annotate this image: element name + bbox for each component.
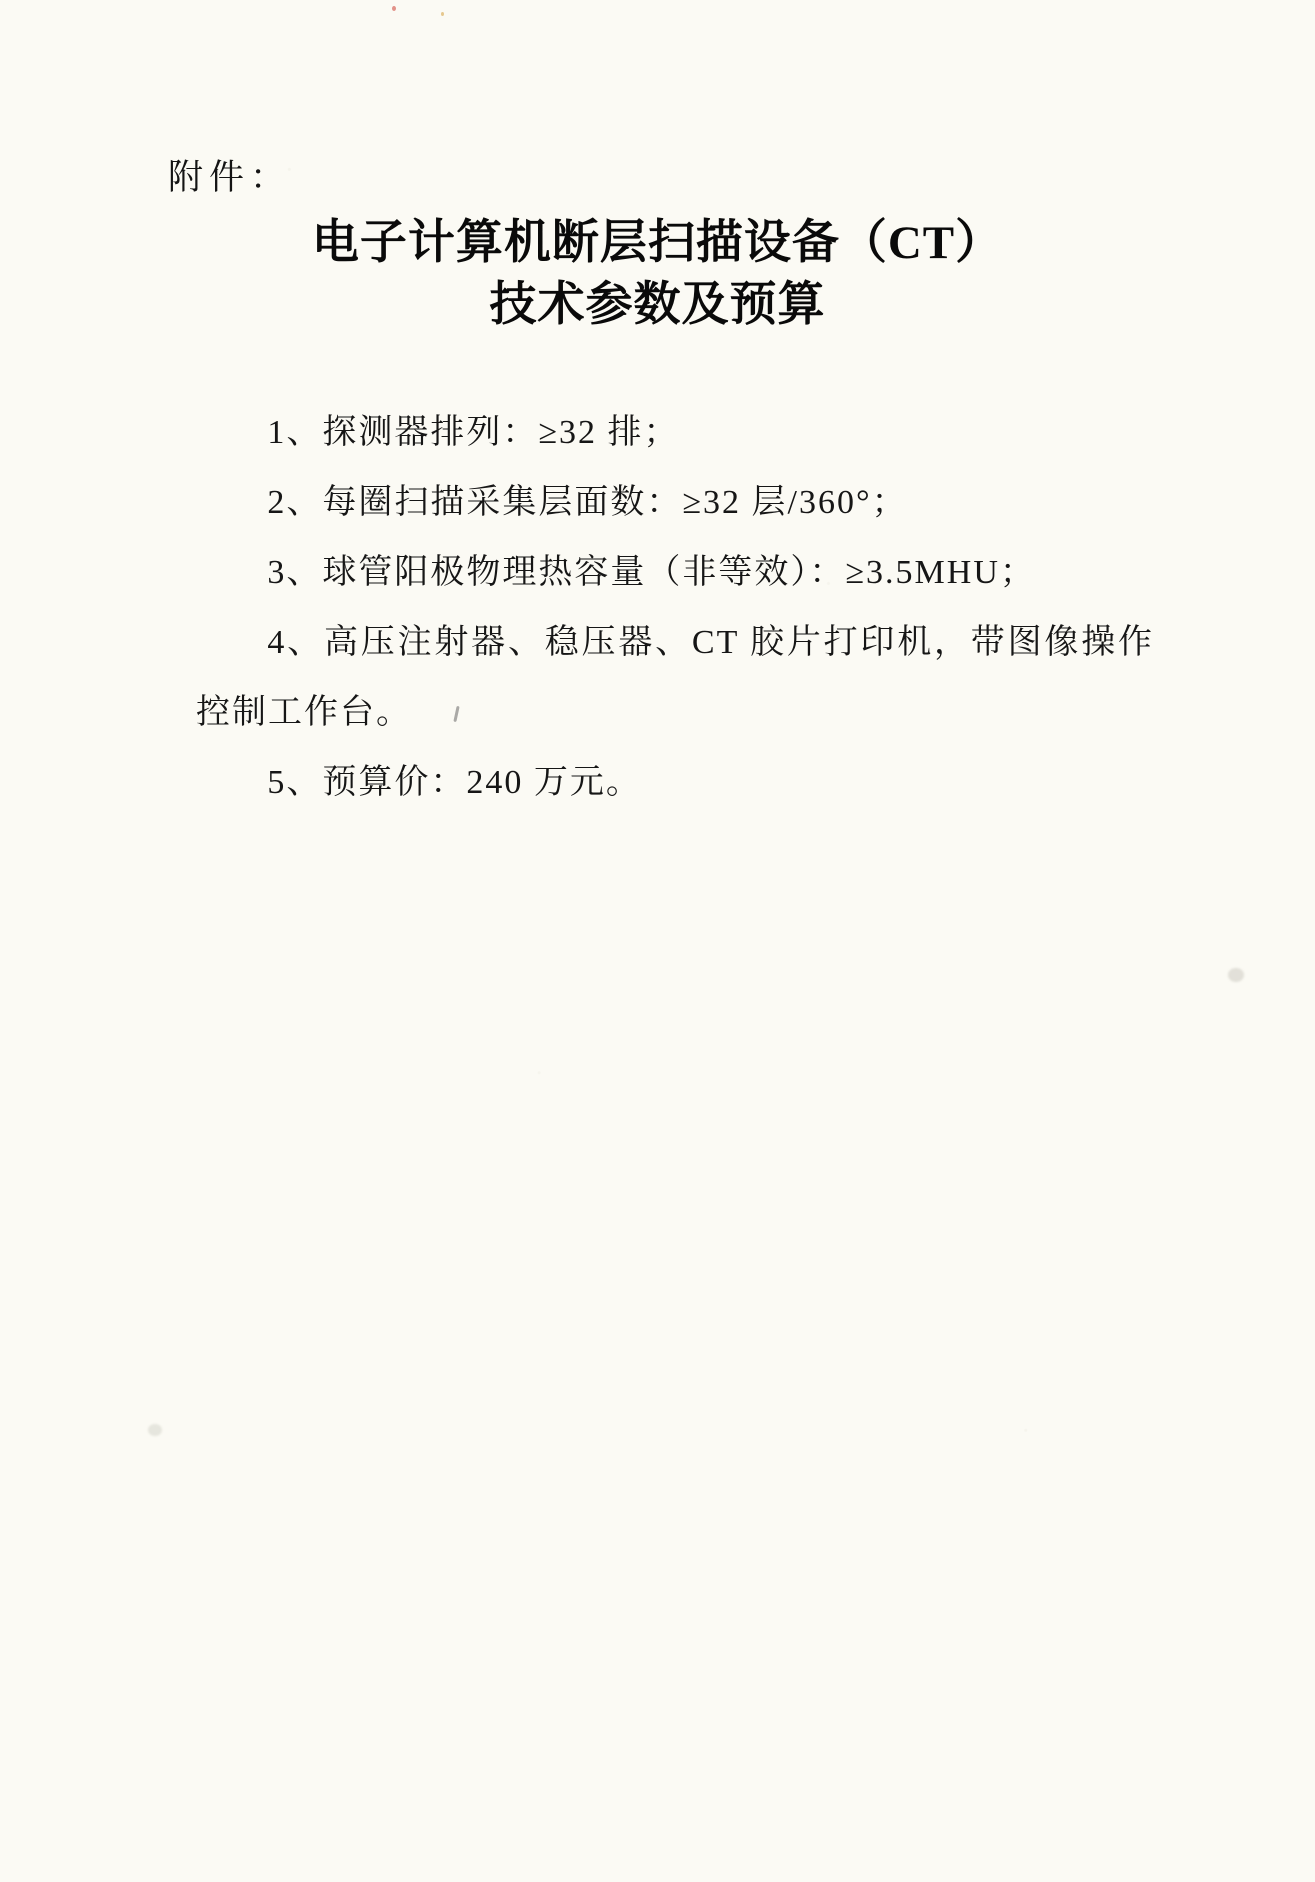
spec-item-5: 5、预算价：240 万元。	[196, 748, 1154, 818]
document-title: 电子计算机断层扫描设备（CT） 技术参数及预算	[0, 212, 1315, 336]
spec-list: 1、探测器排列：≥32 排； 2、每圈扫描采集层面数：≥32 层/360°； 3…	[196, 398, 1154, 818]
spec-item-4: 4、高压注射器、稳压器、CT 胶片打印机，带图像操作控制工作台。	[196, 608, 1154, 748]
scan-artifact-speck	[441, 12, 444, 16]
scan-artifact-smudge	[148, 1424, 162, 1436]
spec-item-1: 1、探测器排列：≥32 排；	[196, 398, 1154, 468]
scan-artifact-smudge	[1228, 968, 1244, 982]
scan-artifact-speck	[392, 6, 396, 11]
document-title-line1: 电子计算机断层扫描设备（CT）	[0, 212, 1315, 274]
document-title-line2: 技术参数及预算	[0, 274, 1315, 336]
spec-item-2: 2、每圈扫描采集层面数：≥32 层/360°；	[196, 468, 1154, 538]
scanned-document-page: 附件： 电子计算机断层扫描设备（CT） 技术参数及预算 1、探测器排列：≥32 …	[0, 0, 1315, 1882]
spec-item-3: 3、球管阳极物理热容量（非等效）：≥3.5MHU；	[196, 538, 1154, 608]
attachment-label: 附件：	[168, 150, 291, 200]
